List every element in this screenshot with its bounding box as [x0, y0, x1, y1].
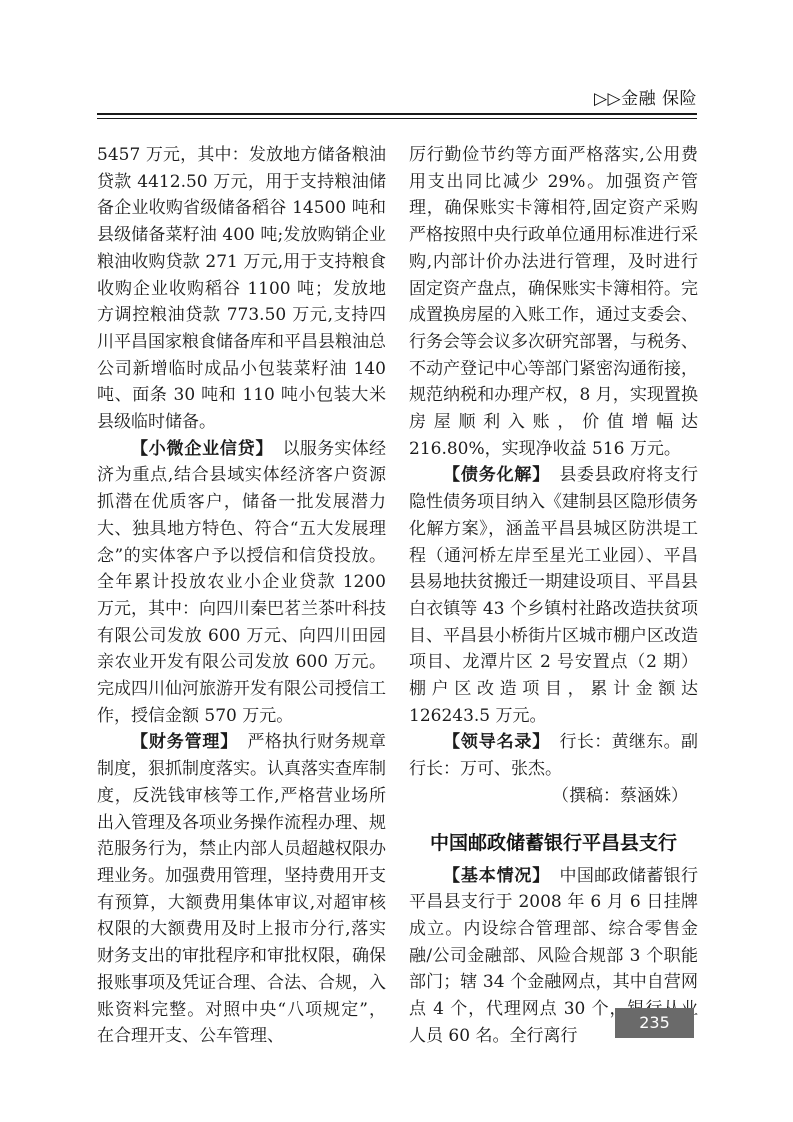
left-column: 5457 万元，其中：发放地方储备粮油贷款 4412.50 万元，用于支持粮油储… — [97, 142, 386, 1050]
entry-paragraph: 【领导名录】行长：黄继东。副行长：万可、张杰。 — [409, 729, 698, 782]
entry-text: 县委县政府将支行隐性债务项目纳入《建制县区隐形债务化解方案》，涵盖平昌县城区防洪… — [409, 465, 698, 725]
entry-text: 严格执行财务规章制度，狠抓制度落实。认真落实查库制度，反洗钱审核等工作,严格营业… — [97, 732, 386, 1046]
entry-paragraph: 【财务管理】严格执行财务规章制度，狠抓制度落实。认真落实查库制度，反洗钱审核等工… — [97, 729, 386, 1049]
page-number-badge: 235 — [615, 1008, 694, 1038]
entry-label-basic-situation: 【基本情况】 — [443, 866, 550, 886]
entry-text: 以服务实体经济为重点,结合县域实体经济客户资源抓潜在优质客户，储备一批发展潜力大… — [97, 439, 386, 726]
continued-paragraph: 厉行勤俭节约等方面严格落实,公用费用支出同比减少 29%。加强资产管理，确保账实… — [409, 142, 698, 462]
document-page: ▷▷金融 保险 5457 万元，其中：发放地方储备粮油贷款 4412.50 万元… — [97, 0, 697, 1122]
byline: （撰稿：蔡涵姝） — [409, 783, 698, 810]
entry-label-financial-management: 【财务管理】 — [131, 732, 238, 752]
entry-label-leadership-roster: 【领导名录】 — [443, 732, 550, 752]
article-heading-psbc-pingchang-branch: 中国邮政储蓄银行平昌县支行 — [409, 829, 698, 857]
right-column: 厉行勤俭节约等方面严格落实,公用费用支出同比减少 29%。加强资产管理，确保账实… — [409, 142, 698, 1050]
entry-label-small-micro-credit: 【小微企业信贷】 — [131, 439, 273, 459]
entry-label-debt-resolution: 【债务化解】 — [443, 465, 550, 485]
running-head-section-label: ▷▷金融 保险 — [97, 88, 697, 110]
entry-paragraph: 【债务化解】县委县政府将支行隐性债务项目纳入《建制县区隐形债务化解方案》，涵盖平… — [409, 462, 698, 729]
text-columns: 5457 万元，其中：发放地方储备粮油贷款 4412.50 万元，用于支持粮油储… — [97, 142, 697, 1050]
entry-paragraph: 【小微企业信贷】以服务实体经济为重点,结合县域实体经济客户资源抓潜在优质客户，储… — [97, 436, 386, 730]
continued-paragraph: 5457 万元，其中：发放地方储备粮油贷款 4412.50 万元，用于支持粮油储… — [97, 142, 386, 436]
header-double-rule — [97, 113, 697, 119]
